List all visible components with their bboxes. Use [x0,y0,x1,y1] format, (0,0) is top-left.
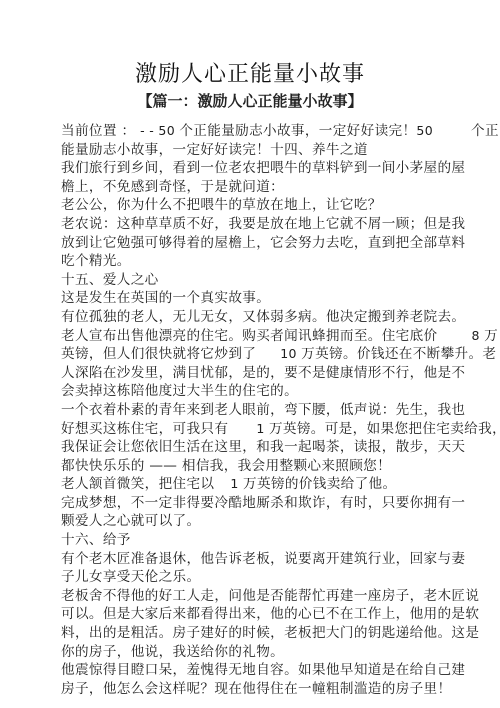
line-text: 可以。但是大家后来都看得出来，他的心已不在工作上，他用的是软 [61,606,479,622]
text-line: 老板舍不得他的好工人走，问他是否能帮忙再建一座房子，老木匠说 [61,587,441,606]
number-text: 10 [280,346,301,361]
text-line: 你的房子，他说，我送给你的礼物。 [61,643,441,662]
line-text: 有位孤独的老人，无儿无女，又体弱多病。他决定搬到养老院去。 [61,309,465,325]
line-text: 老农说：这种草草质不好，我要是放在地上它就不屑一顾；但是我 [61,216,465,232]
line-text: 颗爱人之心就可以了。 [61,513,200,529]
text-line: 我保证会让您依旧生活在这里，和我一起喝茶，读报，散步，天天 [61,438,441,457]
line-text: 十六、给予 [61,532,131,548]
line-text: 放到让它勉强可够得着的屋檐上，它会努力去吃，直到把全部草料 [61,235,465,251]
number-text: 1 [256,421,269,436]
line-text: 他震惊得目瞪口呆，羞愧得无地自容。如果他早知道是在给自己建 [61,662,465,678]
line-text: 个正能量励志小故事，一定好好读完！ [179,123,416,139]
line-text: 英镑，但人们很快就将它炒到了 [61,346,256,362]
line-text: 有个老木匠准备退休，他告诉老板，说要离开建筑行业，回家与妻 [61,551,465,567]
text-line: 吃个精光。 [61,252,441,271]
line-text: 会卖掉这栋陪他度过大半生的住宅的。 [61,383,298,399]
line-text: 完成梦想，不一定非得要冷酷地厮杀和欺诈，有时，只要你拥有一 [61,495,465,511]
text-line: 料，出的是粗活。房子建好的时候，老板把大门的钥匙递给他。这是 [61,624,441,643]
text-line: 放到让它勉强可够得着的屋檐上，它会努力去吃，直到把全部草料 [61,234,441,253]
line-text: 房子，他怎么会这样呢？现在他得住在一幢粗制滥造的房子里！ [61,681,451,697]
document-body: 当前位置 ： - - 50 个正能量励志小故事，一定好好读完！50个正能量励志小… [61,122,441,698]
line-text: 老人颔首微笑，把住宅以 [61,476,214,492]
text-line: 都快快乐乐的 —— 相信我，我会用整颗心来照顾您！ [61,457,441,476]
text-line: 有位孤独的老人，无儿无女，又体弱多病。他决定搬到养老院去。 [61,308,441,327]
text-line: 子儿女享受天伦之乐。 [61,568,441,587]
text-line: 这是发生在英国的一个真实故事。 [61,289,441,308]
line-text: 你的房子，他说，我送给你的礼物。 [61,644,284,660]
line-text: 能量励志小故事，一定好好读完！十四、养牛之道 [61,142,368,158]
text-line: 老人颔首微笑，把住宅以1 万英镑的价钱卖给了他。 [61,475,441,494]
line-text: 都快快乐乐的 —— 相信我，我会用整颗心来照顾您！ [61,458,391,474]
line-text: 老板舍不得他的好工人走，问他是否能帮忙再建一座房子，老木匠说 [61,588,479,604]
text-line: 可以。但是大家后来都看得出来，他的心已不在工作上，他用的是软 [61,605,441,624]
line-text: 万英镑。可是，如果您把住宅卖给我， [269,421,500,437]
text-line: 老农说：这种草草质不好，我要是放在地上它就不屑一顾；但是我 [61,215,441,234]
text-line: 英镑，但人们很快就将它炒到了10 万英镑。价钱还在不断攀升。老 [61,345,441,364]
number-text: - - 50 [140,123,179,138]
text-line: 完成梦想，不一定非得要冷酷地厮杀和欺诈，有时，只要你拥有一 [61,494,441,513]
line-text: 这是发生在英国的一个真实故事。 [61,290,270,306]
document-page: 激励人心正能量小故事 【篇一：激励人心正能量小故事】 当前位置 ： - - 50… [0,0,500,708]
line-text: 料，出的是粗活。房子建好的时候，老板把大门的钥匙递给他。这是 [61,625,479,641]
text-line: 颗爱人之心就可以了。 [61,512,441,531]
document-subtitle: 【篇一：激励人心正能量小故事】 [0,92,500,110]
text-line: 十六、给予 [61,531,441,550]
line-text: 当前位置 ： [61,123,140,139]
line-text: 个正 [471,123,499,139]
line-text: 檐上，不免感到奇怪，于是就问道： [61,179,284,195]
number-text: 1 [230,476,243,491]
text-line: 人深陷在沙发里，满目忧郁，是的，要不是健康情形不行，他是不 [61,364,441,383]
text-line: 房子，他怎么会这样呢？现在他得住在一幢粗制滥造的房子里！ [61,680,441,699]
line-text: 万英镑。价钱还在不断攀升。老 [301,346,496,362]
line-text: 子儿女享受天伦之乐。 [61,569,200,585]
text-line: 老人宣布出售他漂亮的住宅。购买者闻讯蜂拥而至。住宅底价8 万 [61,327,441,346]
line-text: 好想买这栋住宅，可我只有 [61,421,228,437]
line-text: 吃个精光。 [61,253,131,269]
line-text: 我保证会让您依旧生活在这里，和我一起喝茶，读报，散步，天天 [61,439,465,455]
line-text: 老人宣布出售他漂亮的住宅。购买者闻讯蜂拥而至。住宅底价 [61,328,437,344]
text-line: 老公公，你为什么不把喂牛的草放在地上，让它吃？ [61,196,441,215]
number-text: 50 [416,123,433,138]
line-text: 万英镑的价钱卖给了他。 [243,476,396,492]
line-text: 万 [484,328,498,344]
text-line: 当前位置 ： - - 50 个正能量励志小故事，一定好好读完！50个正 [61,122,441,141]
document-title: 激励人心正能量小故事 [0,62,500,88]
text-line: 十五、爱人之心 [61,271,441,290]
line-text: 人深陷在沙发里，满目忧郁，是的，要不是健康情形不行，他是不 [61,365,465,381]
text-line: 有个老木匠准备退休，他告诉老板，说要离开建筑行业，回家与妻 [61,550,441,569]
text-line: 他震惊得目瞪口呆，羞愧得无地自容。如果他早知道是在给自己建 [61,661,441,680]
number-text: 8 [471,328,484,343]
line-text: 我们旅行到乡间，看到一位老农把喂牛的草料铲到一间小茅屋的屋 [61,160,465,176]
line-text: 老公公，你为什么不把喂牛的草放在地上，让它吃？ [61,197,382,213]
text-line: 会卖掉这栋陪他度过大半生的住宅的。 [61,382,441,401]
text-line: 一个衣着朴素的青年来到老人眼前，弯下腰，低声说：先生，我也 [61,401,441,420]
text-line: 檐上，不免感到奇怪，于是就问道： [61,178,441,197]
line-text: 十五、爱人之心 [61,272,159,288]
text-line: 好想买这栋住宅，可我只有1 万英镑。可是，如果您把住宅卖给我， [61,420,441,439]
line-text: 一个衣着朴素的青年来到老人眼前，弯下腰，低声说：先生，我也 [61,402,465,418]
text-line: 我们旅行到乡间，看到一位老农把喂牛的草料铲到一间小茅屋的屋 [61,159,441,178]
text-line: 能量励志小故事，一定好好读完！十四、养牛之道 [61,141,441,160]
